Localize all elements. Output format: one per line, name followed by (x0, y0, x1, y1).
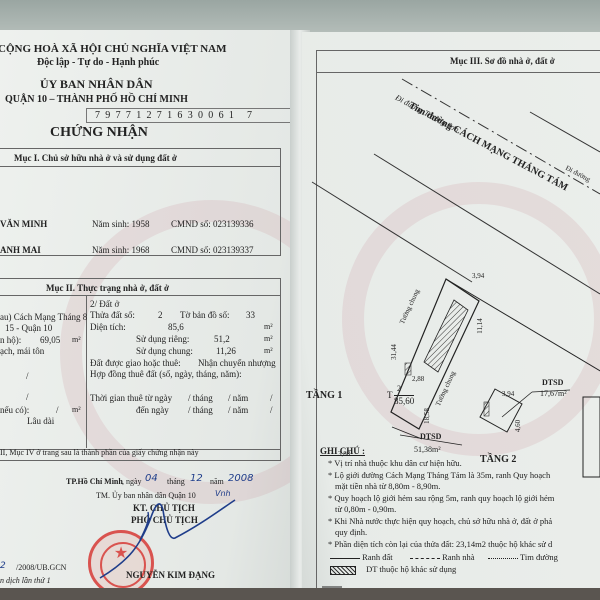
notes-heading: GHI CHÚ : (320, 446, 365, 456)
parcel-prefix: T (387, 390, 393, 400)
legend-label: Tim đường (520, 552, 558, 562)
background-surface (0, 0, 600, 32)
dim-label: 3,94 (502, 390, 514, 398)
floor2-dtsd-value: 17,67m² (540, 389, 567, 398)
parcel-area: 85,60 (394, 395, 414, 406)
dash-dot-line-icon (488, 558, 518, 559)
floor1-dtsd-label: DTSD (420, 432, 441, 441)
signature-scrawl (0, 30, 300, 590)
note-text: Khi Nhà nước thực hiện quy hoạch, chủ sở… (334, 516, 552, 526)
floor2-dtsd-label: DTSD (542, 378, 563, 387)
dashed-line-icon (410, 558, 440, 559)
dim-label: 4,60 (514, 420, 522, 432)
registry-number: /2008/UB.GCN (16, 563, 66, 572)
certificate-left-page: CỘNG HOÀ XÃ HỘI CHỦ NGHĨA VIỆT NAM Độc l… (0, 30, 300, 590)
note-item: quy định. (335, 527, 367, 537)
note-item: từ 0,80m - 0,90m. (335, 504, 396, 514)
legend-other-use: DT thuộc hộ khác sử dụng (330, 564, 456, 575)
dim-label: 2,88 (412, 375, 424, 383)
legend-label: Ranh đất (362, 552, 392, 562)
dim-label: 18,58 (423, 408, 431, 424)
note-text: Lộ giới đường Cách Mạng Tháng Tám là 35m… (334, 470, 550, 480)
note-item: * Khi Nhà nước thực hiện quy hoạch, chủ … (328, 516, 552, 526)
note-item: * Lộ giới đường Cách Mạng Tháng Tám là 3… (328, 470, 550, 480)
floor1-label: TẦNG 1 (306, 390, 342, 401)
legend-centerline: Tim đường (488, 552, 558, 562)
signer-name: NGUYỄN KIM ĐẠNG (126, 570, 215, 580)
table-surface (0, 588, 600, 600)
note-text: Vị trí nhà thuộc khu dân cư hiện hữu. (334, 458, 461, 468)
legend-house-boundary: Ranh nhà (410, 552, 474, 562)
floor2-label: TẦNG 2 (480, 454, 516, 465)
note-text: Quy hoạch lộ giới hẻm sau rộng 5m, ranh … (334, 493, 554, 503)
note-item: mặt tiền nhà từ 8,80m - 8,90m. (335, 481, 440, 491)
floor1-dtsd-value: 51,38m² (414, 445, 441, 454)
note-item: * Phần diện tích còn lại của thửa đất: 2… (328, 539, 552, 549)
dim-label: 3,94 (472, 272, 484, 280)
note-item: * Quy hoạch lộ giới hẻm sau rộng 5m, ran… (328, 493, 554, 503)
note-item: * Vị trí nhà thuộc khu dân cư hiện hữu. (328, 458, 462, 468)
hatch-pattern-icon (330, 566, 356, 575)
dim-label: 31,44 (390, 344, 398, 360)
solid-line-icon (330, 558, 360, 559)
registry-number-handwritten: 2 (0, 561, 6, 571)
legend-land-boundary: Ranh đất (330, 552, 393, 562)
legend-label: DT thuộc hộ khác sử dụng (366, 564, 456, 574)
legend-label: Ranh nhà (442, 552, 474, 562)
certificate-right-page: Mục III. Sơ đồ nhà ở, đất ở Tim đường CÁ… (302, 32, 600, 592)
note-text: Phần diện tích còn lại của thửa đất: 23,… (334, 539, 552, 549)
parcel-number: 2 (397, 384, 401, 393)
transaction-note: n dịch lần thứ 1 (0, 576, 51, 585)
dim-label: 11,14 (476, 318, 484, 334)
